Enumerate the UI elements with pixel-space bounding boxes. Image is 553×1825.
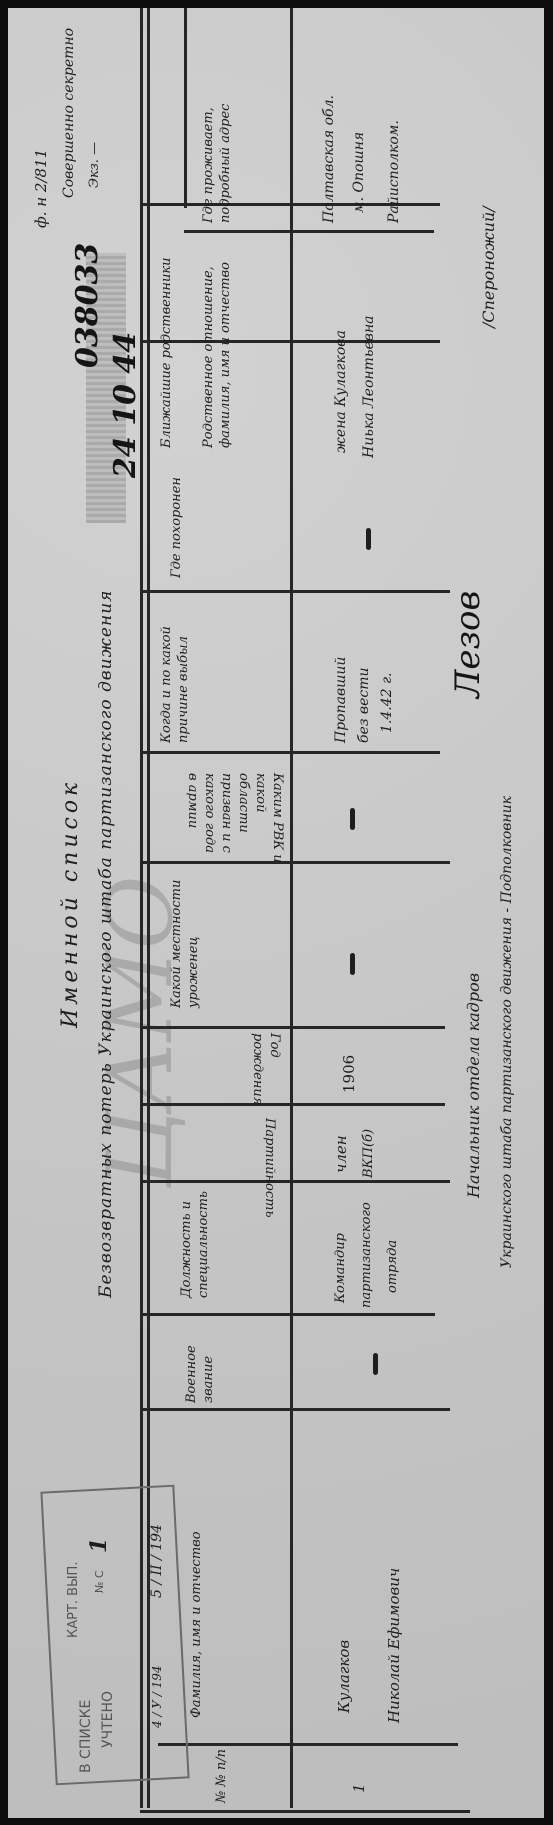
page-subtitle: Безвозвратных потерь Украинского штаба п… [96, 590, 116, 1298]
cell-relative-2: Ниька Леонтьевна [358, 315, 380, 458]
header-relative: Родственное отношение, фамилия, имя и от… [200, 248, 234, 448]
cell-address-2: м. Опошня [348, 132, 370, 213]
cell-num: 1 [348, 1783, 370, 1793]
card-stamp-handwritten2: 5 / II / 194 [146, 1524, 168, 1598]
header-rvk: Каким РВК и какой области призван и с ка… [184, 773, 286, 863]
header-when-why: Когда и по какой причине выбыл [158, 603, 192, 743]
cell-address-3: Райисполком. [383, 120, 405, 223]
card-stamp-line4: № С [93, 1570, 106, 1593]
header-group-divider [184, 8, 187, 208]
header-position: Должность и специальность [178, 1178, 212, 1298]
page-title: Именной список [58, 779, 83, 1028]
header-body-divider [290, 8, 293, 1808]
header-rank: Военное звание [183, 1313, 217, 1403]
header-fio: Фамилия, имя и отчество [188, 1418, 205, 1718]
row-divider [140, 751, 440, 754]
header-origin: Какой местности уроженец [168, 868, 202, 1008]
cell-party-2: ВКП(б) [358, 1129, 380, 1178]
row-divider [158, 1743, 458, 1746]
cell-position-1: Командир [330, 1233, 352, 1303]
cell-relative-1: жена Кулагкова [330, 330, 352, 453]
header-birth-year: Год рождения [249, 1033, 283, 1103]
row-divider [184, 230, 434, 233]
cell-rank-dash [373, 1353, 378, 1375]
row-divider [140, 1408, 450, 1411]
cell-origin-dash [350, 953, 355, 975]
card-stamp-line3: КАРТ. ВЫП. [66, 1562, 81, 1638]
copy-mark: Экз. — [84, 142, 106, 188]
row-divider [140, 1103, 445, 1106]
card-stamp-line1: В СПИСКЕ [78, 1700, 94, 1773]
cell-position-3: отряда [382, 1240, 404, 1293]
header-buried: Где похоронен [168, 468, 185, 578]
cell-fio-surname: Кулагков [333, 1640, 355, 1713]
registration-date: 24 10 44 [108, 332, 143, 478]
archive-reference: ф. н 2/811 [30, 149, 52, 228]
signer-name: /Спероножий/ [478, 206, 500, 328]
cell-buried-dash [366, 528, 371, 550]
cell-rvk-dash [350, 808, 355, 830]
card-stamp-count: 1 [88, 1538, 110, 1553]
row-divider [140, 1026, 445, 1029]
signature: Лезов [448, 591, 488, 698]
card-stamp-handwritten: 4 / У / 194 [146, 1665, 168, 1728]
row-divider [140, 340, 440, 343]
signer-title-line1: Начальник отдела кадров [463, 973, 485, 1198]
cell-party-1: член [330, 1135, 352, 1173]
cell-when-1: Пропавший [330, 657, 352, 743]
table-border-bottom [140, 1810, 470, 1813]
header-party: Партийность [261, 1118, 278, 1218]
header-relatives-group: Ближайшие родственники [158, 257, 175, 448]
registration-number: 038033 [70, 243, 105, 368]
cell-position-2: партизанского [356, 1202, 378, 1308]
card-stamp-line2: УЧТЕНО [100, 1691, 116, 1748]
header-num: № № п/п [213, 1748, 230, 1803]
row-divider [140, 590, 450, 593]
cell-address-1: Полтавская обл. [318, 95, 340, 223]
cell-when-2: без вести [353, 668, 375, 743]
cell-birth-year: 1906 [338, 1055, 360, 1093]
secret-mark: Совершенно секретно [58, 28, 80, 198]
header-address: Где проживает, подробный адрес [200, 43, 234, 223]
cell-when-3: 1.4.42 г. [376, 672, 398, 733]
signer-title-line2: Украинского штаба партизанского движения… [496, 796, 518, 1268]
document-page: ЦАМО 038033 24 10 44 ф. н 2/811 Совершен… [8, 8, 544, 1818]
cell-fio-name: Николай Ефимович [383, 1568, 405, 1723]
